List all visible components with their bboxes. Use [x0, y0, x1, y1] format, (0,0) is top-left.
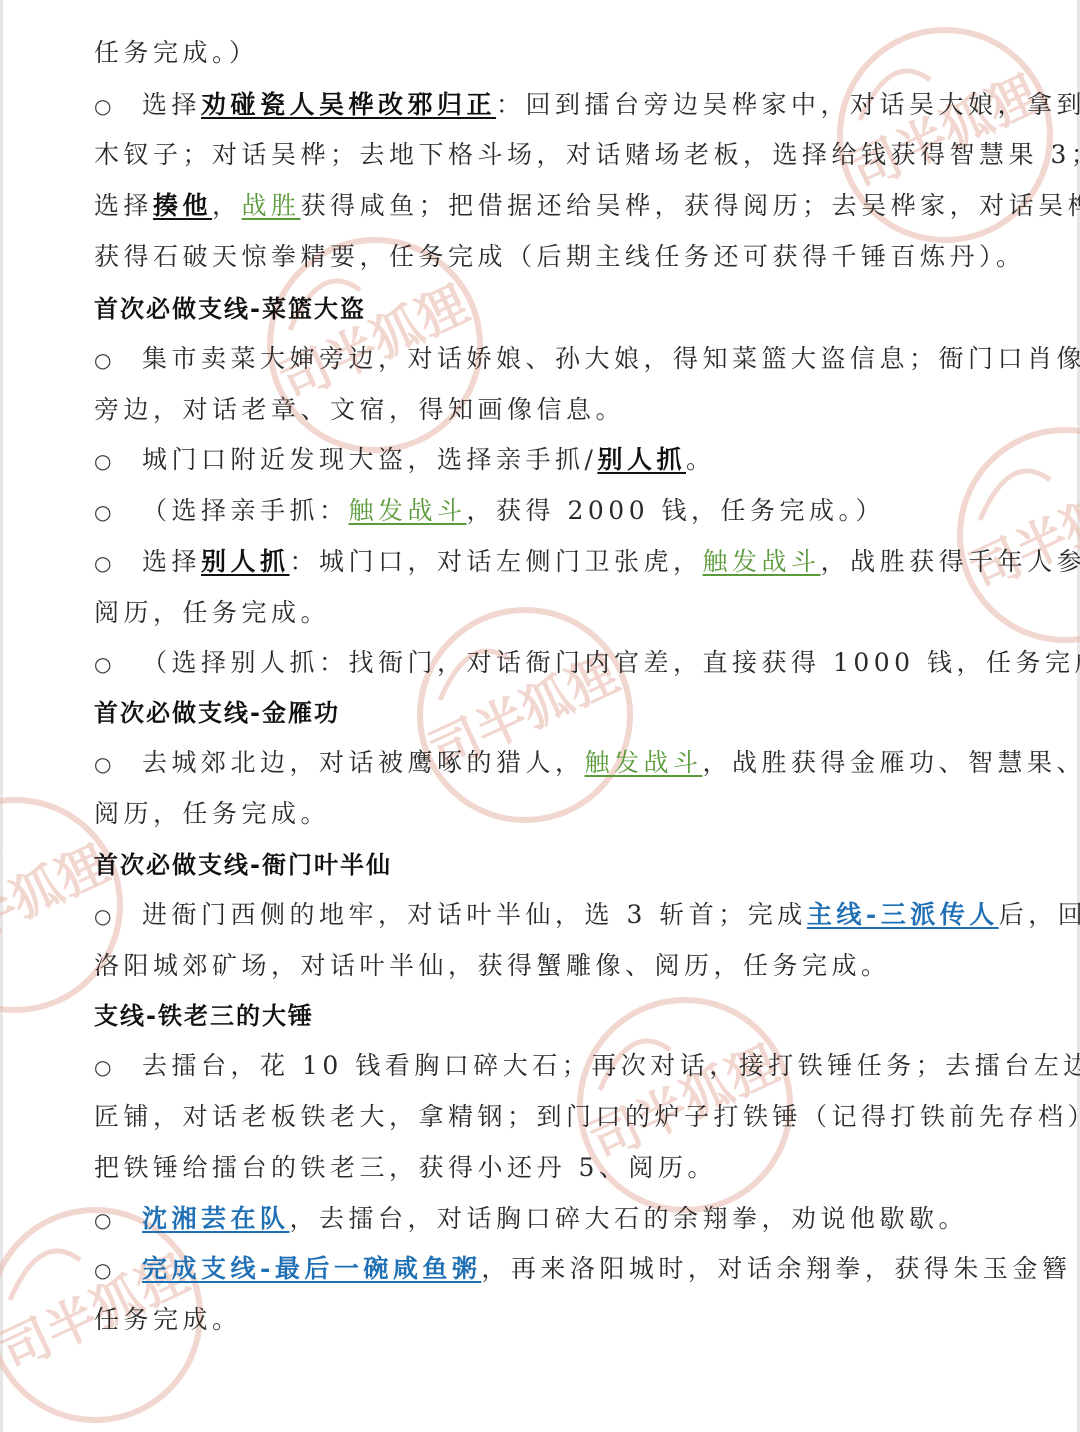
choice-highlight: 劝碰瓷人吴桦改邪归正: [201, 90, 496, 119]
bullet-item: ○（选择别人抓：找衙门，对话衙门内官差，直接获得 1000 钱，任务完成。）: [94, 646, 1080, 681]
bullet-item: ○集市卖菜大婶旁边，对话娇娘、孙大娘，得知菜篮大盗信息；衙门口肖像: [94, 342, 1080, 377]
bullet-icon: ○: [94, 647, 142, 681]
bullet-item: ○进衙门西侧的地牢，对话叶半仙，选 3 斩首；完成主线-三派传人后，回到: [94, 898, 1080, 933]
page-left-edge: [0, 0, 3, 1432]
paragraph-line: 任务完成。）: [94, 36, 259, 70]
choice-highlight: 别人抓: [201, 547, 290, 576]
battle-link[interactable]: 战胜: [242, 191, 301, 220]
choice-highlight: 揍他: [153, 191, 212, 220]
bullet-item: ○选择别人抓：城门口，对话左侧门卫张虎，触发战斗，战胜获得千年人参、: [94, 545, 1080, 580]
battle-link[interactable]: 触发战斗: [349, 496, 467, 525]
bullet-icon: ○: [94, 899, 142, 933]
paragraph-line: 选择揍他，战胜获得咸鱼；把借据还给吴桦，获得阅历；去吴桦家，对话吴桦，: [94, 189, 1080, 223]
svg-text:司半狐狸: 司半狐狸: [961, 465, 1080, 602]
bullet-item: ○城门口附近发现大盗，选择亲手抓/别人抓。: [94, 443, 715, 478]
section-heading: 首次必做支线-金雁功: [94, 696, 340, 730]
paragraph-line: 获得石破天惊拳精要，任务完成（后期主线任务还可获得千锤百炼丹）。: [94, 240, 1026, 274]
bullet-icon: ○: [94, 343, 142, 377]
svg-text:司半狐狸: 司半狐狸: [841, 65, 1047, 202]
paragraph-line: 匠铺，对话老板铁老大，拿精钢；到门口的炉子打铁锤（记得打铁前先存档）；: [94, 1100, 1080, 1134]
choice-highlight: 别人抓: [597, 445, 686, 474]
paragraph-line: 木钗子；对话吴桦；去地下格斗场，对话赌场老板，选择给钱获得智慧果 3；: [94, 138, 1080, 172]
section-heading: 首次必做支线-衙门叶半仙: [94, 848, 392, 882]
section-heading: 支线-铁老三的大锤: [94, 999, 314, 1033]
battle-link[interactable]: 触发战斗: [585, 748, 703, 777]
paragraph-line: 阅历，任务完成。: [94, 596, 330, 630]
paragraph-line: 阅历，任务完成。: [94, 797, 330, 831]
bullet-icon: ○: [94, 1203, 142, 1237]
bullet-icon: ○: [94, 747, 142, 781]
paragraph-line: 把铁锤给擂台的铁老三，获得小还丹 5、阅历。: [94, 1151, 717, 1185]
watermark-stamp: 司半狐狸: [940, 410, 1080, 660]
section-heading: 首次必做支线-菜篮大盗: [94, 292, 366, 326]
paragraph-line: 洛阳城郊矿场，对话叶半仙，获得蟹雕像、阅历，任务完成。: [94, 949, 891, 983]
bullet-item: ○沈湘芸在队，去擂台，对话胸口碎大石的余翔拳，劝说他歇歇。: [94, 1202, 968, 1237]
bullet-item: ○完成支线-最后一碗咸鱼粥，再来洛阳城时，对话余翔拳，获得朱玉金簪 1，: [94, 1252, 1080, 1287]
bullet-item: ○去擂台，花 10 钱看胸口碎大石；再次对话，接打铁锤任务；去擂台左边铁: [94, 1049, 1080, 1084]
bullet-item: ○选择劝碰瓷人吴桦改邪归正：回到擂台旁边吴桦家中，对话吴大娘，拿到: [94, 88, 1080, 123]
quest-link[interactable]: 沈湘芸在队: [142, 1204, 290, 1233]
quest-link[interactable]: 完成支线-最后一碗咸鱼粥: [142, 1254, 481, 1283]
paragraph-line: 旁边，对话老章、文宿，得知画像信息。: [94, 393, 625, 427]
bullet-icon: ○: [94, 1050, 142, 1084]
bullet-icon: ○: [94, 546, 142, 580]
bullet-item: ○（选择亲手抓：触发战斗，获得 2000 钱，任务完成。）: [94, 494, 885, 529]
bullet-icon: ○: [94, 89, 142, 123]
quest-link[interactable]: 主线-三派传人: [807, 900, 999, 929]
paragraph-line: 任务完成。: [94, 1303, 242, 1337]
bullet-item: ○去城郊北边，对话被鹰啄的猎人，触发战斗，战胜获得金雁功、智慧果、: [94, 746, 1080, 781]
watermark-stamp: 司半狐狸: [400, 590, 650, 840]
bullet-icon: ○: [94, 495, 142, 529]
bullet-icon: ○: [94, 444, 142, 478]
battle-link[interactable]: 触发战斗: [703, 547, 821, 576]
bullet-icon: ○: [94, 1253, 142, 1287]
